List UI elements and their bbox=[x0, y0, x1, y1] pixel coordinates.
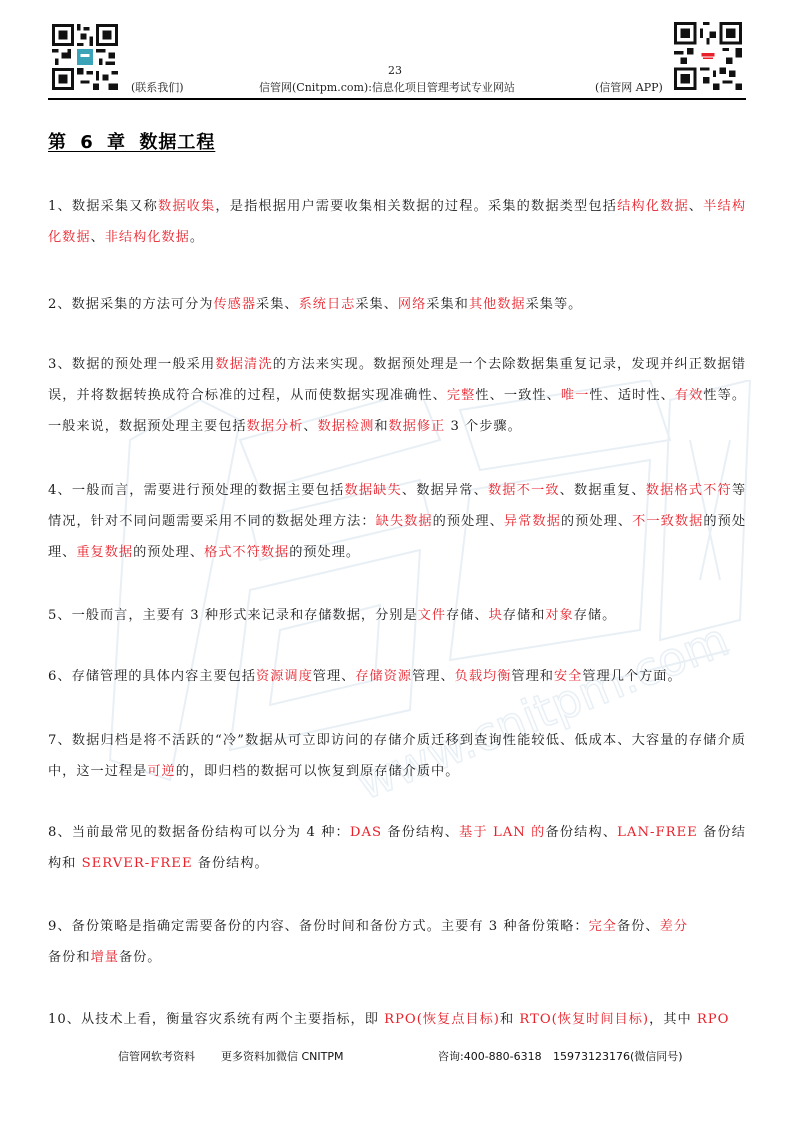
text-segment: 的预处理。 bbox=[289, 545, 360, 560]
highlighted-term: 数据缺失 bbox=[344, 483, 401, 498]
highlighted-term: 其他数据 bbox=[469, 297, 526, 312]
text-segment: ，是指根据用户需要收集相关数据的过程。采集的数据类型包括 bbox=[215, 199, 617, 214]
text-segment: 管理、 bbox=[313, 669, 356, 684]
highlighted-term: 差分 bbox=[660, 919, 688, 934]
paragraph: 9、备份策略是指确定需要备份的内容、备份时间和备份方式。主要有 3 种备份策略：… bbox=[48, 911, 688, 973]
text-segment: 采集和 bbox=[426, 297, 469, 312]
highlighted-term: 数据检测 bbox=[318, 419, 375, 434]
text-segment: 、数据重复、 bbox=[560, 483, 646, 498]
highlighted-term: 完整 bbox=[447, 388, 476, 403]
qr-code-icon bbox=[674, 22, 742, 90]
text-segment: 和 bbox=[374, 419, 388, 434]
text-segment: 、 bbox=[91, 230, 105, 245]
highlighted-term: 对象 bbox=[545, 608, 573, 623]
text-segment: 、 bbox=[689, 199, 703, 214]
text-segment: ，其中 bbox=[649, 1012, 697, 1027]
footer-mobile: 15973123176(微信同号) bbox=[553, 1048, 683, 1064]
text-segment: 采集、 bbox=[355, 297, 398, 312]
text-segment: 性、适时性、 bbox=[589, 388, 674, 403]
paragraph: 5、一般而言，主要有 3 种形式来记录和存储数据，分别是文件存储、块存储和对象存… bbox=[48, 600, 746, 631]
highlighted-term: LAN-FREE bbox=[617, 825, 698, 840]
text-segment: 的预处理、 bbox=[133, 545, 204, 560]
text-segment: 的，即归档的数据可以恢复到原存储介质中。 bbox=[176, 764, 460, 779]
paragraph: 4、一般而言，需要进行预处理的数据主要包括数据缺失、数据异常、数据不一致、数据重… bbox=[48, 475, 746, 568]
text-segment: 3 个步骤。 bbox=[445, 419, 522, 434]
paragraph: 7、数据归档是将不活跃的“冷”数据从可立即访问的存储介质迁移到查询性能较低、低成… bbox=[48, 725, 746, 787]
highlighted-term: 数据格式不符 bbox=[646, 483, 732, 498]
highlighted-term: 传感器 bbox=[213, 297, 256, 312]
text-segment: 存储。 bbox=[574, 608, 617, 623]
text-segment: 10、从技术上看，衡量容灾系统有两个主要指标，即 bbox=[48, 1012, 384, 1027]
text-segment: 管理几个方面。 bbox=[582, 669, 681, 684]
text-segment: 。 bbox=[190, 230, 204, 245]
text-segment: 备份结构、 bbox=[546, 825, 618, 840]
text-segment: 采集、 bbox=[256, 297, 299, 312]
highlighted-term: 重复数据 bbox=[76, 545, 133, 560]
text-segment: 5、一般而言，主要有 3 种形式来记录和存储数据，分别是 bbox=[48, 608, 418, 623]
highlighted-term: 文件 bbox=[418, 608, 446, 623]
text-segment: 备份和 bbox=[48, 950, 91, 965]
highlighted-term: 安全 bbox=[554, 669, 582, 684]
site-label: 信管网(Cnitpm.com):信息化项目管理考试专业网站 bbox=[259, 79, 515, 95]
text-segment: 存储和 bbox=[503, 608, 546, 623]
text-segment: 3、数据的预处理一般采用 bbox=[48, 357, 215, 372]
highlighted-term: 数据清洗 bbox=[215, 357, 272, 372]
header-divider bbox=[48, 98, 746, 100]
highlighted-term: 非结构化数据 bbox=[105, 230, 190, 245]
text-segment: 备份。 bbox=[119, 950, 162, 965]
text-segment: 1、数据采集又称 bbox=[48, 199, 158, 214]
paragraph: 10、从技术上看，衡量容灾系统有两个主要指标，即 RPO(恢复点目标)和 RTO… bbox=[48, 1004, 746, 1035]
highlighted-term: 资源调度 bbox=[256, 669, 313, 684]
highlighted-term: 块 bbox=[489, 608, 503, 623]
text-segment: 、数据异常、 bbox=[402, 483, 488, 498]
paragraph: 1、数据采集又称数据收集，是指根据用户需要收集相关数据的过程。采集的数据类型包括… bbox=[48, 191, 746, 253]
highlighted-term: 数据分析 bbox=[247, 419, 304, 434]
text-segment: 备份、 bbox=[617, 919, 660, 934]
text-segment: 8、当前最常见的数据备份结构可以分为 4 种： bbox=[48, 825, 350, 840]
text-segment: 备份结构。 bbox=[193, 856, 269, 871]
highlighted-term: 基于 LAN 的 bbox=[459, 825, 545, 840]
paragraph: 6、存储管理的具体内容主要包括资源调度管理、存储资源管理、负载均衡管理和安全管理… bbox=[48, 661, 746, 692]
highlighted-term: 数据收集 bbox=[158, 199, 215, 214]
highlighted-term: 异常数据 bbox=[504, 514, 561, 529]
contact-label: (联系我们) bbox=[131, 79, 184, 95]
text-segment: 的预处理、 bbox=[561, 514, 632, 529]
highlighted-term: SERVER-FREE bbox=[82, 856, 193, 871]
highlighted-term: 完全 bbox=[589, 919, 617, 934]
highlighted-term: 有效 bbox=[675, 388, 704, 403]
highlighted-term: 增量 bbox=[91, 950, 119, 965]
highlighted-term: 网络 bbox=[398, 297, 426, 312]
footer-wechat: 更多资料加微信 CNITPM bbox=[221, 1048, 344, 1064]
highlighted-term: 不一致数据 bbox=[632, 514, 703, 529]
highlighted-term: RTO(恢复时间目标) bbox=[519, 1012, 649, 1027]
text-segment: 4、一般而言，需要进行预处理的数据主要包括 bbox=[48, 483, 344, 498]
paragraph: 2、数据采集的方法可分为传感器采集、系统日志采集、网络采集和其他数据采集等。 bbox=[48, 289, 746, 320]
text-segment: 、 bbox=[303, 419, 317, 434]
text-segment: 管理、 bbox=[412, 669, 455, 684]
highlighted-term: 系统日志 bbox=[299, 297, 356, 312]
highlighted-term: DAS bbox=[350, 825, 382, 840]
app-label: (信管网 APP) bbox=[595, 79, 663, 95]
text-segment: 2、数据采集的方法可分为 bbox=[48, 297, 213, 312]
text-segment: 和 bbox=[500, 1012, 519, 1027]
text-segment: 的预处理、 bbox=[433, 514, 504, 529]
text-segment: 6、存储管理的具体内容主要包括 bbox=[48, 669, 256, 684]
footer-phone: 咨询:400-880-6318 bbox=[438, 1048, 542, 1064]
highlighted-term: RPO bbox=[697, 1012, 730, 1027]
highlighted-term: 唯一 bbox=[561, 388, 590, 403]
text-segment: 管理和 bbox=[511, 669, 554, 684]
highlighted-term: 可逆 bbox=[147, 764, 175, 779]
page-number: 23 bbox=[388, 64, 402, 77]
paragraph: 3、数据的预处理一般采用数据清洗的方法来实现。数据预处理是一个去除数据集重复记录… bbox=[48, 349, 746, 442]
text-segment: 9、备份策略是指确定需要备份的内容、备份时间和备份方式。主要有 3 种备份策略： bbox=[48, 919, 589, 934]
highlighted-term: 格式不符数据 bbox=[204, 545, 289, 560]
highlighted-term: 数据修正 bbox=[389, 419, 446, 434]
highlighted-term: 缺失数据 bbox=[376, 514, 433, 529]
text-segment: 存储、 bbox=[446, 608, 489, 623]
highlighted-term: 负载均衡 bbox=[455, 669, 512, 684]
highlighted-term: 存储资源 bbox=[355, 669, 412, 684]
text-segment: 采集等。 bbox=[526, 297, 583, 312]
highlighted-term: 结构化数据 bbox=[617, 199, 689, 214]
paragraph: 8、当前最常见的数据备份结构可以分为 4 种：DAS 备份结构、基于 LAN 的… bbox=[48, 817, 746, 879]
highlighted-term: 数据不一致 bbox=[488, 483, 560, 498]
footer-source: 信管网软考资料 bbox=[118, 1048, 195, 1064]
qr-code-icon bbox=[52, 24, 118, 90]
text-segment: 性、一致性、 bbox=[475, 388, 560, 403]
chapter-title: 第 6 章 数据工程 bbox=[48, 128, 215, 154]
highlighted-term: RPO(恢复点目标) bbox=[384, 1012, 500, 1027]
text-segment: 备份结构、 bbox=[382, 825, 459, 840]
